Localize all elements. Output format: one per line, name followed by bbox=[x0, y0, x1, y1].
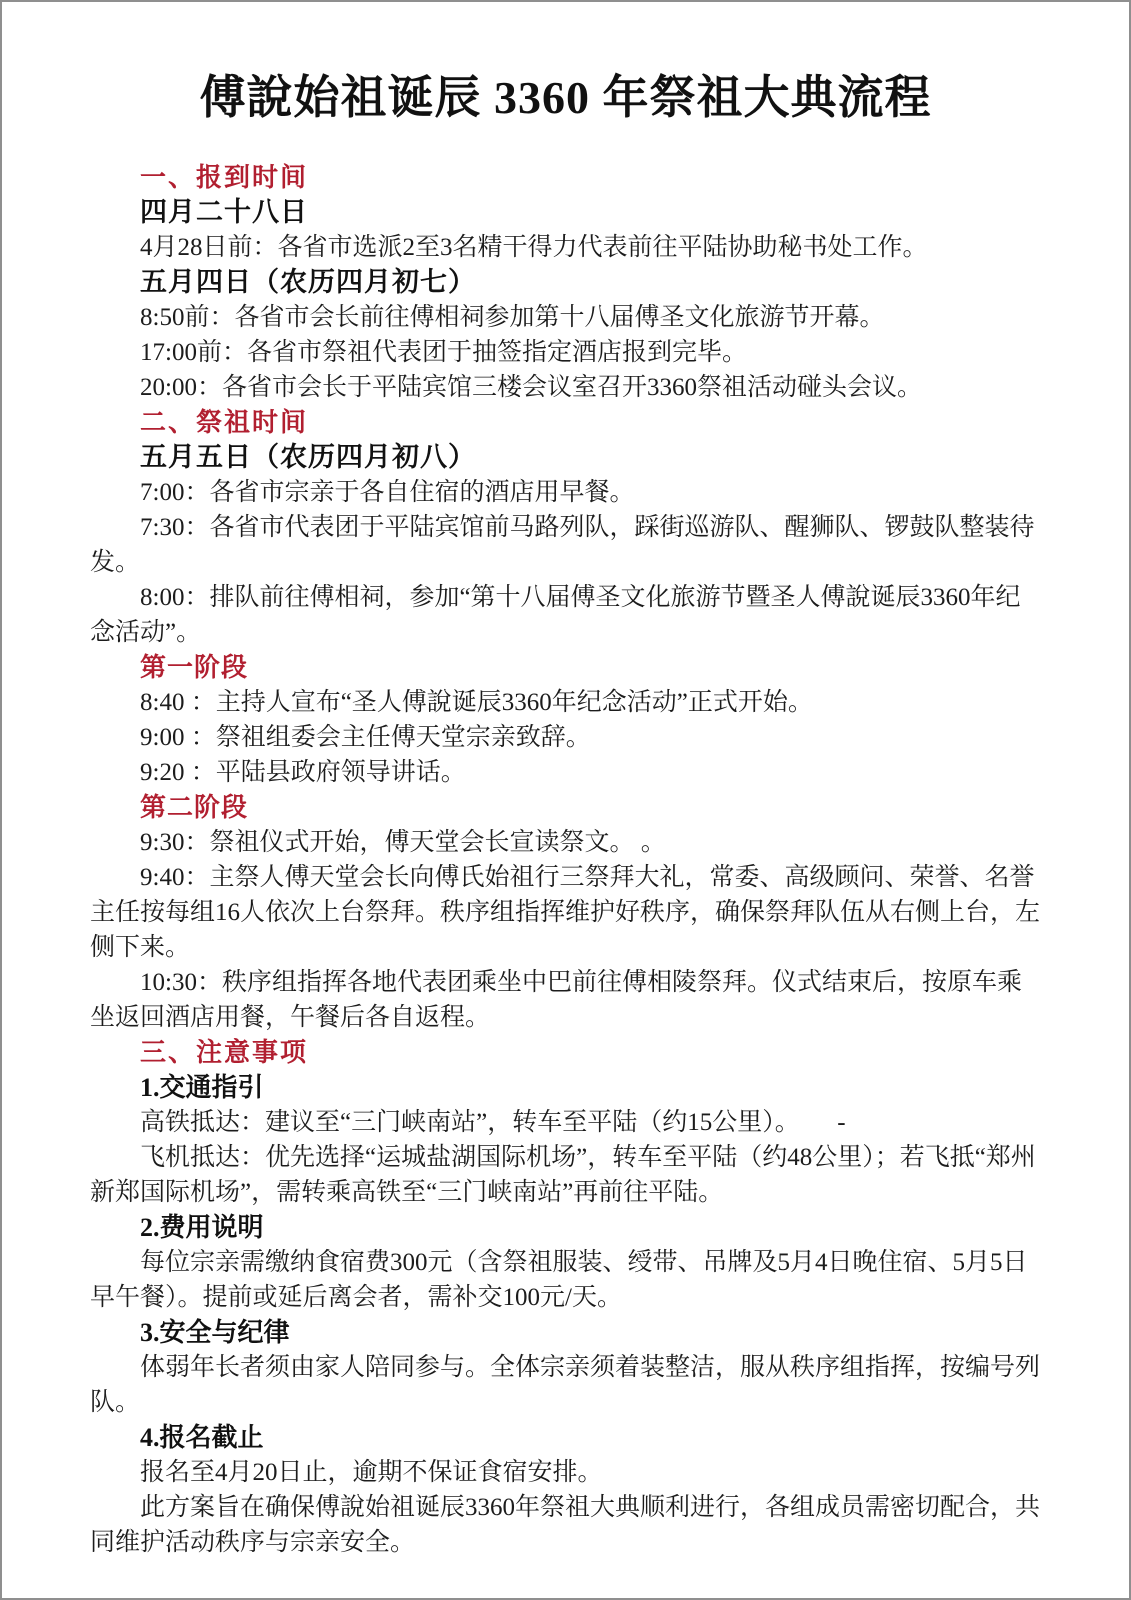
paragraph: 10:30：秩序组指挥各地代表团乘坐中巴前往傅相陵祭拜。仪式结束后，按原车乘坐返… bbox=[90, 965, 1043, 1035]
paragraph: 8:00：排队前往傅相祠，参加“第十八届傅圣文化旅游节暨圣人傅說诞辰3360年纪… bbox=[90, 580, 1043, 650]
section-heading: 二、祭祖时间 bbox=[90, 405, 1043, 440]
date-heading: 四月二十八日 bbox=[90, 195, 1043, 230]
subsection-heading: 1.交通指引 bbox=[90, 1070, 1043, 1105]
paragraph: 7:00：各省市宗亲于各自住宿的酒店用早餐。 bbox=[90, 475, 1043, 510]
paragraph: 飞机抵达：优先选择“运城盐湖国际机场”，转车至平陆（约48公里）；若飞抵“郑州新… bbox=[90, 1140, 1043, 1210]
subsection-heading: 3.安全与纪律 bbox=[90, 1315, 1043, 1350]
paragraph: 高铁抵达：建议至“三门峡南站”，转车至平陆（约15公里）。 - bbox=[90, 1105, 1043, 1140]
date-heading: 五月四日（农历四月初七） bbox=[90, 265, 1043, 300]
paragraph: 8:40 ：主持人宣布“圣人傅說诞辰3360年纪念活动”正式开始。 bbox=[90, 685, 1043, 720]
phase-heading: 第一阶段 bbox=[90, 650, 1043, 685]
paragraph: 9:30：祭祖仪式开始，傅天堂会长宣读祭文。 。 bbox=[90, 825, 1043, 860]
subsection-heading: 2.费用说明 bbox=[90, 1210, 1043, 1245]
paragraph: 8:50前：各省市会长前往傅相祠参加第十八届傅圣文化旅游节开幕。 bbox=[90, 300, 1043, 335]
paragraph: 20:00：各省市会长于平陆宾馆三楼会议室召开3360祭祖活动碰头会议。 bbox=[90, 370, 1043, 405]
phase-heading: 第二阶段 bbox=[90, 790, 1043, 825]
document-body: 一、报到时间四月二十八日4月28日前：各省市选派2至3名精干得力代表前往平陆协助… bbox=[90, 160, 1043, 1560]
paragraph: 9:00 ：祭祖组委会主任傅天堂宗亲致辞。 bbox=[90, 720, 1043, 755]
paragraph: 每位宗亲需缴纳食宿费300元（含祭祖服装、绶带、吊牌及5月4日晚住宿、5月5日早… bbox=[90, 1245, 1043, 1315]
subsection-heading: 4.报名截止 bbox=[90, 1420, 1043, 1455]
paragraph: 9:40：主祭人傅天堂会长向傅氏始祖行三祭拜大礼，常委、高级顾问、荣誉、名誉主任… bbox=[90, 860, 1043, 965]
date-heading: 五月五日（农历四月初八） bbox=[90, 440, 1043, 475]
paragraph: 9:20 ：平陆县政府领导讲话。 bbox=[90, 755, 1043, 790]
section-heading: 三、注意事项 bbox=[90, 1035, 1043, 1070]
paragraph: 体弱年长者须由家人陪同参与。全体宗亲须着装整洁，服从秩序组指挥，按编号列队。 bbox=[90, 1350, 1043, 1420]
paragraph: 此方案旨在确保傅說始祖诞辰3360年祭祖大典顺利进行，各组成员需密切配合，共同维… bbox=[90, 1490, 1043, 1560]
paragraph: 4月28日前：各省市选派2至3名精干得力代表前往平陆协助秘书处工作。 bbox=[90, 230, 1043, 265]
paragraph: 17:00前：各省市祭祖代表团于抽签指定酒店报到完毕。 bbox=[90, 335, 1043, 370]
page-title: 傅說始祖诞辰 3360 年祭祖大典流程 bbox=[2, 72, 1129, 124]
paragraph: 7:30：各省市代表团于平陆宾馆前马路列队，踩街巡游队、醒狮队、锣鼓队整装待发。 bbox=[90, 510, 1043, 580]
section-heading: 一、报到时间 bbox=[90, 160, 1043, 195]
document-page: 傅說始祖诞辰 3360 年祭祖大典流程 一、报到时间四月二十八日4月28日前：各… bbox=[0, 0, 1131, 1600]
paragraph: 报名至4月20日止，逾期不保证食宿安排。 bbox=[90, 1455, 1043, 1490]
